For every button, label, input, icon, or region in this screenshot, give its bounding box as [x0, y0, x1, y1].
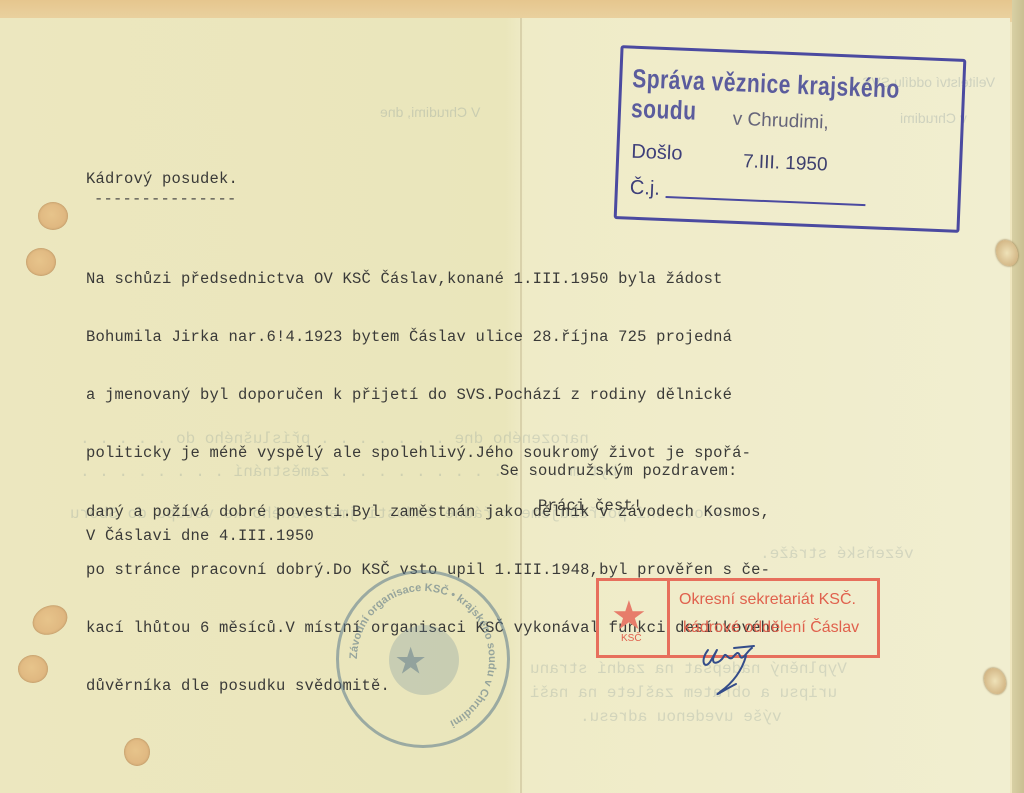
- body-line: Bohumila Jirka nar.6!4.1923 bytem Čáslav…: [86, 328, 780, 347]
- body-line: daný a požívá dobré povesti.Byl zaměstná…: [86, 503, 780, 522]
- punch-hole: [124, 738, 150, 766]
- round-organization-stamp: ★ Závodní organisace KSČ • krajského sou…: [336, 570, 510, 748]
- page-edge: [1012, 0, 1024, 793]
- punch-hole: [26, 248, 56, 276]
- heading-underline: ---------------: [94, 190, 237, 209]
- punch-hole: [18, 655, 48, 683]
- body-line: Na schůzi předsednictva OV KSČ Čáslav,ko…: [86, 270, 780, 289]
- reference-blank-line: [666, 196, 866, 206]
- reference-label: Č.j.: [629, 177, 660, 201]
- bleed-through-top: V Chrudimi, dne: [380, 104, 480, 120]
- document-heading: Kádrový posudek.: [86, 170, 238, 189]
- received-stamp: Správa věznice krajského soudu v Chrudim…: [614, 45, 967, 233]
- bleed-through-mid-4: vězeňské stráže.: [760, 545, 914, 563]
- emblem-label: KSČ: [621, 633, 642, 644]
- closing-greeting: Se soudružským pozdravem:: [500, 462, 738, 481]
- punch-hole: [38, 202, 68, 230]
- place-and-date: V Čáslavi dne 4.III.1950: [86, 527, 314, 546]
- body-line: a jmenovaný byl doporučen k přijetí do S…: [86, 386, 780, 405]
- emblem-box: ★ KSČ: [599, 581, 670, 655]
- received-label: Došlo: [631, 141, 683, 166]
- party-stamp-line1: Okresní sekretariát KSČ.: [679, 591, 856, 609]
- received-date: 7.III. 1950: [743, 151, 828, 176]
- closing-motto: Práci čest!: [538, 497, 643, 516]
- handwritten-signature: [690, 630, 780, 700]
- body-line: politicky je méně vyspělý ale spolehlivý…: [86, 444, 780, 463]
- received-stamp-city: v Chrudimi,: [732, 109, 829, 135]
- svg-text:Závodní organisace KSČ • krajs: Závodní organisace KSČ • krajského soudu…: [348, 582, 498, 729]
- round-stamp-text: Závodní organisace KSČ • krajského soudu…: [339, 573, 507, 745]
